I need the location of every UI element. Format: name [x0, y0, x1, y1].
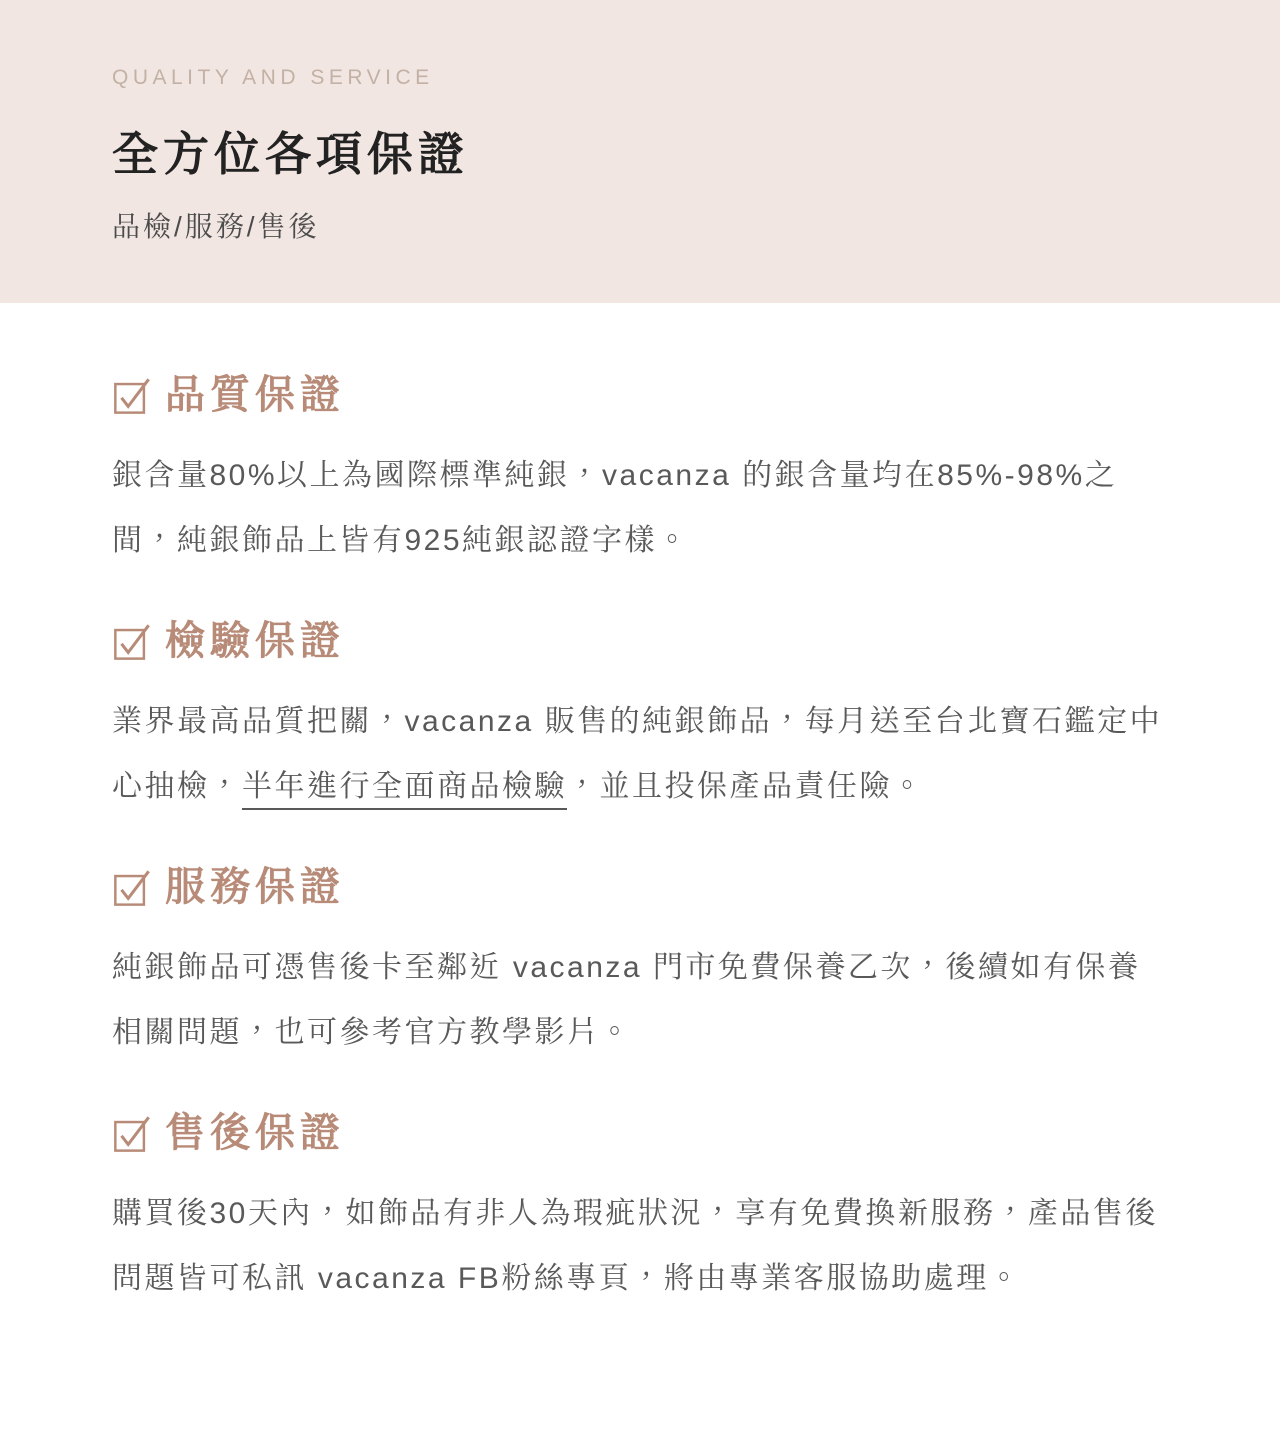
section-heading-label: 檢驗保證: [165, 619, 345, 663]
underlined-phrase: 半年進行全面商品檢驗: [242, 770, 567, 810]
section-body-text: 購買後30天內，如飾品有非人為瑕疵狀況，享有免費換新服務，產品售後問題皆可私訊 …: [112, 1181, 1168, 1311]
banner-eyebrow: QUALITY AND SERVICE: [112, 66, 1168, 90]
section-heading-label: 品質保證: [165, 373, 345, 417]
banner-subtitle: 品檢/服務/售後: [112, 205, 1168, 245]
section-body-text: 純銀飾品可憑售後卡至鄰近 vacanza 門市免費保養乙次，後續如有保養相關問題…: [112, 935, 1168, 1065]
body-text-segment: 購買後30天內，如飾品有非人為瑕疵狀況，享有免費換新服務，產品售後問題皆可私訊 …: [112, 1197, 1158, 1295]
section-heading-label: 售後保證: [165, 1111, 345, 1155]
body-text-segment: 純銀飾品可憑售後卡至鄰近 vacanza 門市免費保養乙次，後續如有保養相關問題…: [112, 951, 1140, 1049]
section-body-text: 銀含量80%以上為國際標準純銀，vacanza 的銀含量均在85%-98%之間，…: [112, 443, 1168, 573]
page-title: 全方位各項保證: [112, 132, 1168, 179]
section-heading: 服務保證: [112, 865, 1168, 909]
section-heading: 檢驗保證: [112, 619, 1168, 663]
checkbox-checked-icon: [112, 867, 152, 907]
guarantee-section: 售後保證購買後30天內，如飾品有非人為瑕疵狀況，享有免費換新服務，產品售後問題皆…: [112, 1111, 1168, 1311]
guarantee-section: 檢驗保證業界最高品質把關，vacanza 販售的純銀飾品，每月送至台北寶石鑑定中…: [112, 619, 1168, 819]
checkbox-checked-icon: [112, 375, 152, 415]
checkbox-checked-icon: [112, 621, 152, 661]
section-body-text: 業界最高品質把關，vacanza 販售的純銀飾品，每月送至台北寶石鑑定中心抽檢，…: [112, 689, 1168, 819]
checkbox-checked-icon: [112, 1113, 152, 1153]
guarantee-sections: 品質保證銀含量80%以上為國際標準純銀，vacanza 的銀含量均在85%-98…: [0, 303, 1280, 1417]
section-heading: 售後保證: [112, 1111, 1168, 1155]
section-heading-label: 服務保證: [165, 865, 345, 909]
guarantee-section: 服務保證純銀飾品可憑售後卡至鄰近 vacanza 門市免費保養乙次，後續如有保養…: [112, 865, 1168, 1065]
body-text-segment: 銀含量80%以上為國際標準純銀，vacanza 的銀含量均在85%-98%之間，…: [112, 459, 1117, 557]
banner: QUALITY AND SERVICE 全方位各項保證 品檢/服務/售後: [0, 0, 1280, 303]
section-heading: 品質保證: [112, 373, 1168, 417]
quality-service-page: QUALITY AND SERVICE 全方位各項保證 品檢/服務/售後 品質保…: [0, 0, 1280, 1417]
body-text-segment: ，並且投保產品責任險。: [567, 770, 925, 803]
guarantee-section: 品質保證銀含量80%以上為國際標準純銀，vacanza 的銀含量均在85%-98…: [112, 373, 1168, 573]
